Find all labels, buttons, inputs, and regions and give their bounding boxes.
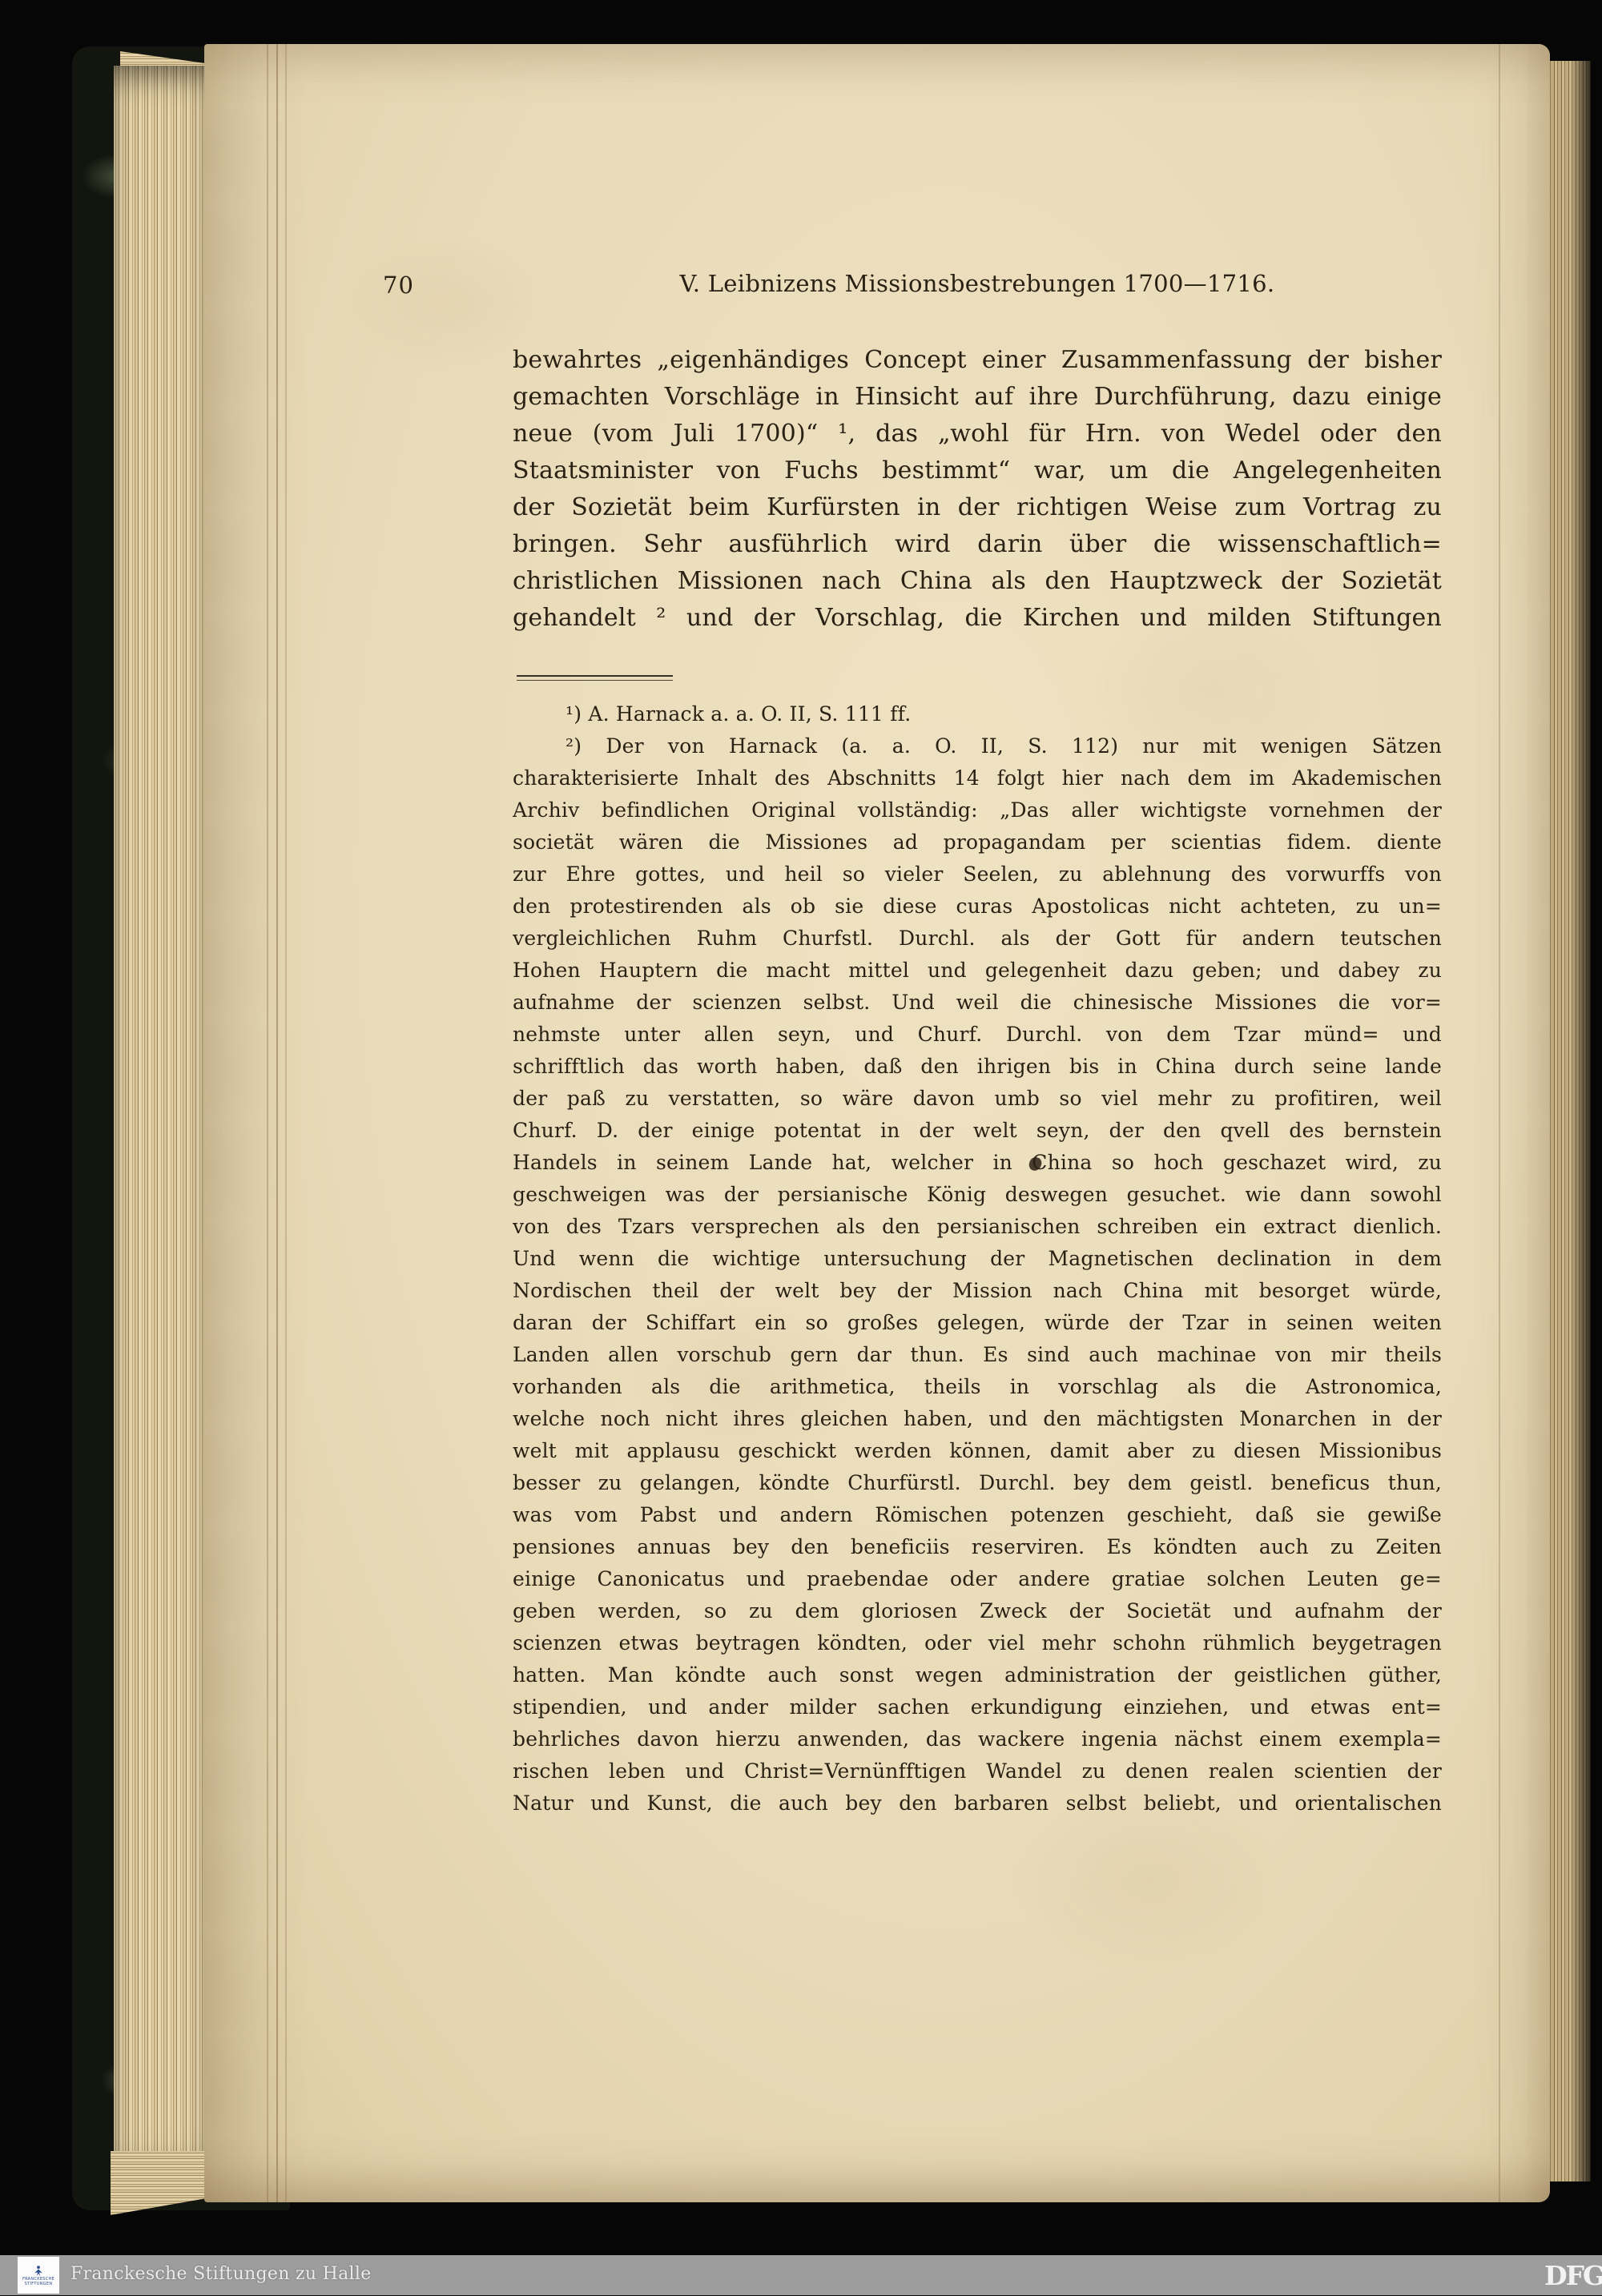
footnote-line: Handels in seinem Lande hat, welcher in …: [513, 1147, 1442, 1179]
footnote-line: rischen leben und Christ=Vernünfftigen W…: [513, 1755, 1442, 1787]
footnote-line: welt mit applausu geschickt werden könne…: [513, 1435, 1442, 1467]
footnote-line: schrifftlich das worth haben, daß den ih…: [513, 1051, 1442, 1083]
footnote-line: welche noch nicht ihres gleichen haben, …: [513, 1403, 1442, 1435]
scan-background: { "page": { "folio": "70", "header": "V.…: [0, 0, 1602, 2296]
footnote-line: Und wenn die wichtige untersuchung der M…: [513, 1243, 1442, 1275]
footnote-line: besser zu gelangen, köndte Churfürstl. D…: [513, 1467, 1442, 1499]
footnote-line: Hohen Hauptern die macht mittel und gele…: [513, 955, 1442, 987]
gutter-crease-line: [285, 44, 287, 2202]
paragraph-line: Staatsminister von Fuchs bestimmt“ war, …: [513, 452, 1442, 489]
page-edges-right: [1548, 61, 1591, 2181]
footnote-line: hatten. Man köndte auch sonst wegen admi…: [513, 1659, 1442, 1691]
paragraph-line: christlichen Missionen nach China als de…: [513, 563, 1442, 600]
book-page: 70 V. Leibnizens Missionsbestrebungen 17…: [204, 44, 1550, 2202]
running-header: V. Leibnizens Missionsbestrebungen 1700—…: [513, 270, 1442, 297]
footnote-line: geschweigen was der persianische König d…: [513, 1179, 1442, 1211]
library-name: Franckesche Stiftungen zu Halle: [70, 2264, 372, 2284]
library-logo: FRANCKESCHE STIFTUNGEN: [18, 2257, 59, 2294]
footnote-line: der paß zu verstatten, so wäre davon umb…: [513, 1083, 1442, 1115]
footnote-line: was vom Pabst und andern Römischen poten…: [513, 1499, 1442, 1531]
footnote-line: den protestirenden als ob sie diese cura…: [513, 891, 1442, 923]
body-paragraph: bewahrtes „eigenhändiges Concept einer Z…: [513, 342, 1442, 637]
footnote-line: zur Ehre gottes, und heil so vieler Seel…: [513, 858, 1442, 891]
footnote-line: einige Canonicatus und praebendae oder a…: [513, 1563, 1442, 1595]
footnote-line: daran der Schiffart ein so großes gelege…: [513, 1307, 1442, 1339]
gutter-crease-line: [267, 44, 268, 2202]
paragraph-line: gehandelt ² und der Vorschlag, die Kirch…: [513, 600, 1442, 637]
library-watermark-bar: FRANCKESCHE STIFTUNGEN Franckesche Stift…: [0, 2255, 1602, 2295]
footnote-line: aufnahme der scienzen selbst. Und weil d…: [513, 987, 1442, 1019]
page-edges-left: [114, 66, 208, 2189]
footnote-line: stipendien, und ander milder sachen erku…: [513, 1691, 1442, 1723]
footnote-line: Landen allen vorschub gern dar thun. Es …: [513, 1339, 1442, 1371]
footnote-line: societät wären die Missiones ad propagan…: [513, 826, 1442, 858]
paragraph-line: der Sozietät beim Kurfürsten in der rich…: [513, 489, 1442, 526]
footnote-line: geben werden, so zu dem gloriosen Zweck …: [513, 1595, 1442, 1627]
footnote-1: ¹) A. Harnack a. a. O. II, S. 111 ff.: [513, 698, 1442, 730]
footnote-2-first-line: ²) Der von Harnack (a. a. O. II, S. 112)…: [513, 730, 1442, 762]
footnote-rule: [517, 675, 673, 681]
footnote-line: Archiv befindlichen Original vollständig…: [513, 794, 1442, 826]
library-logo-text-line1: FRANCKESCHE: [22, 2278, 54, 2282]
footnote-2-continuation: charakterisierte Inhalt des Abschnitts 1…: [513, 762, 1442, 1820]
footnote-block: ¹) A. Harnack a. a. O. II, S. 111 ff. ²)…: [513, 698, 1442, 1820]
page-number: 70: [383, 271, 414, 299]
fore-edge-crease-line: [1499, 44, 1500, 2202]
dfg-logo: DFG: [1544, 2260, 1602, 2291]
paragraph-line: gemachten Vorschläge in Hinsicht auf ihr…: [513, 379, 1442, 416]
paragraph-line: bewahrtes „eigenhändiges Concept einer Z…: [513, 342, 1442, 379]
footnote-line: Natur und Kunst, die auch bey den barbar…: [513, 1787, 1442, 1820]
footnote-line: behrliches davon hierzu anwenden, das wa…: [513, 1723, 1442, 1755]
footnote-line: von des Tzars versprechen als den persia…: [513, 1211, 1442, 1243]
footnote-line: nehmste unter allen seyn, und Churf. Dur…: [513, 1019, 1442, 1051]
gutter-crease-line: [276, 44, 278, 2202]
paragraph-line: bringen. Sehr ausführlich wird darin übe…: [513, 526, 1442, 563]
footnote-line: Churf. D. der einige potentat in der wel…: [513, 1115, 1442, 1147]
footnote-line: vorhanden als die arithmetica, theils in…: [513, 1371, 1442, 1403]
footnote-line: scienzen etwas beytragen köndten, oder v…: [513, 1627, 1442, 1659]
footnote-line: Nordischen theil der welt bey der Missio…: [513, 1275, 1442, 1307]
paragraph-line: neue (vom Juli 1700)“ ¹, das „wohl für H…: [513, 416, 1442, 452]
library-logo-text-line2: STIFTUNGEN: [25, 2282, 53, 2286]
footnote-line: charakterisierte Inhalt des Abschnitts 1…: [513, 762, 1442, 794]
footnote-line: vergleichlichen Ruhm Churfstl. Durchl. a…: [513, 923, 1442, 955]
library-eagle-icon: [32, 2265, 45, 2277]
footnote-line: pensiones annuas bey den beneficiis rese…: [513, 1531, 1442, 1563]
